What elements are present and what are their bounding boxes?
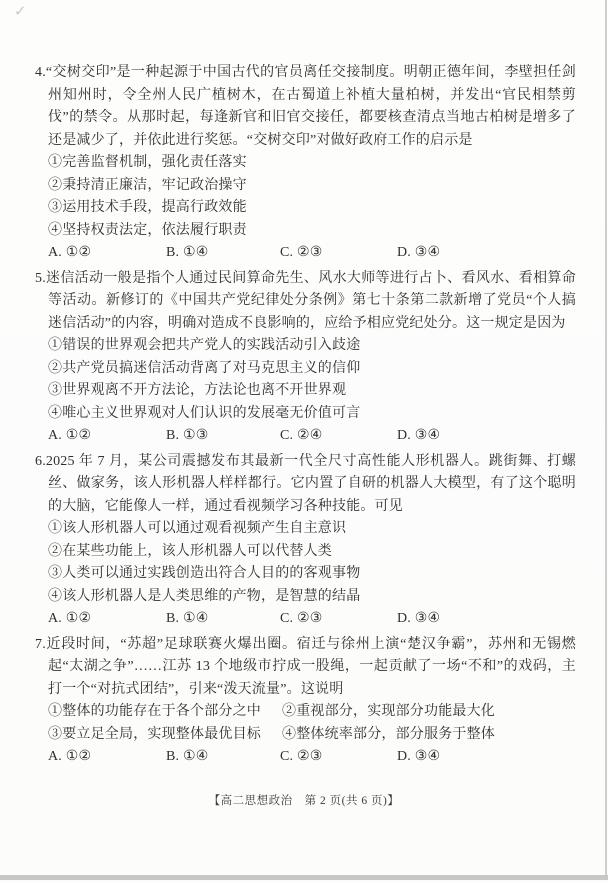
- option-item-4: ④整体统率部分，部分服务于整体: [282, 724, 576, 747]
- grader-checkmark-annotation: ✓: [14, 2, 27, 20]
- choice-b: B. ①④: [166, 608, 280, 631]
- option-item-4: ④该人形机器人是人类思维的产物，是智慧的结晶: [48, 586, 576, 609]
- option-item-3: ③要立足全局，实现整体最优目标: [48, 724, 282, 747]
- question-stem-text: “交树交印”是一种起源于中国古代的官员离任交接制度。明朝正德年间，李壁担任剑州知…: [46, 65, 576, 148]
- choice-d: D. ③④: [397, 608, 576, 631]
- question-stem-text: 2025 年 7 月，某公司震撼发布其最新一代全尺寸高性能人形机器人。跳街舞、打…: [46, 454, 576, 514]
- scan-edge-bottom: [0, 875, 608, 880]
- question-6: 6.2025 年 7 月，某公司震撼发布其最新一代全尺寸高性能人形机器人。跳街舞…: [35, 451, 576, 631]
- question-4: 4.“交树交印”是一种起源于中国古代的官员离任交接制度。明朝正德年间，李壁担任剑…: [35, 62, 576, 265]
- question-number: 5.: [35, 271, 46, 286]
- question-stem: 6.2025 年 7 月，某公司震撼发布其最新一代全尺寸高性能人形机器人。跳街舞…: [35, 451, 576, 519]
- question-stem: 4.“交树交印”是一种起源于中国古代的官员离任交接制度。明朝正德年间，李壁担任剑…: [35, 62, 576, 152]
- question-number: 4.: [35, 65, 46, 80]
- option-item-4: ④坚持权责法定，依法履行职责: [48, 220, 576, 243]
- option-item-2: ②共产党员搞迷信活动背离了对马克思主义的信仰: [48, 358, 576, 381]
- page-footer: 【高二思想政治 第 2 页(共 6 页)】: [0, 792, 608, 808]
- choice-d: D. ③④: [397, 425, 576, 448]
- question-5: 5.迷信活动一般是指个人通过民间算命先生、风水大师等进行占卜、看风水、看相算命等…: [35, 268, 576, 448]
- option-item-2: ②在某些功能上，该人形机器人可以代替人类: [48, 541, 576, 564]
- option-item-3: ③人类可以通过实践创造出符合人目的的客观事物: [48, 563, 576, 586]
- question-number: 6.: [35, 454, 46, 469]
- option-item-1: ①整体的功能存在于各个部分之中: [48, 701, 282, 724]
- question-stem: 7.近段时间，“苏超”足球联赛火爆出圈。宿迁与徐州上演“楚汉争霸”，苏州和无锡燃…: [35, 634, 576, 702]
- choice-c: C. ②③: [280, 242, 397, 265]
- choice-row: A. ①② B. ①④ C. ②③ D. ③④: [35, 746, 576, 769]
- option-list: ①整体的功能存在于各个部分之中 ②重视部分，实现部分功能最大化 ③要立足全局，实…: [35, 701, 576, 746]
- choice-d: D. ③④: [397, 242, 576, 265]
- exam-page: ✓ 4.“交树交印”是一种起源于中国古代的官员离任交接制度。明朝正德年间，李壁担…: [0, 0, 608, 883]
- choice-c: C. ②④: [280, 425, 397, 448]
- question-stem-text: 近段时间，“苏超”足球联赛火爆出圈。宿迁与徐州上演“楚汉争霸”，苏州和无锡燃起“…: [46, 637, 576, 697]
- option-item-3: ③运用技术手段，提高行政效能: [48, 197, 576, 220]
- choice-a: A. ①②: [48, 608, 166, 631]
- option-item-3: ③世界观离不开方法论，方法论也离不开世界观: [48, 380, 576, 403]
- question-stem: 5.迷信活动一般是指个人通过民间算命先生、风水大师等进行占卜、看风水、看相算命等…: [35, 268, 576, 336]
- choice-d: D. ③④: [397, 746, 576, 769]
- question-stem-text: 迷信活动一般是指个人通过民间算命先生、风水大师等进行占卜、看风水、看相算命等活动…: [46, 271, 576, 331]
- option-item-2: ②秉持清正廉洁，牢记政治操守: [48, 175, 576, 198]
- option-item-4: ④唯心主义世界观对人们认识的发展毫无价值可言: [48, 403, 576, 426]
- choice-a: A. ①②: [48, 746, 166, 769]
- choice-b: B. ①③: [166, 425, 280, 448]
- option-list: ①错误的世界观会把共产党人的实践活动引入歧途 ②共产党员搞迷信活动背离了对马克思…: [35, 335, 576, 425]
- option-item-1: ①错误的世界观会把共产党人的实践活动引入歧途: [48, 335, 576, 358]
- choice-a: A. ①②: [48, 242, 166, 265]
- option-list: ①完善监督机制，强化责任落实 ②秉持清正廉洁，牢记政治操守 ③运用技术手段，提高…: [35, 152, 576, 242]
- choice-c: C. ②③: [280, 608, 397, 631]
- choice-row: A. ①② B. ①④ C. ②③ D. ③④: [35, 608, 576, 631]
- question-7: 7.近段时间，“苏超”足球联赛火爆出圈。宿迁与徐州上演“楚汉争霸”，苏州和无锡燃…: [35, 634, 576, 769]
- choice-a: A. ①②: [48, 425, 166, 448]
- choice-b: B. ①④: [166, 746, 280, 769]
- option-list: ①该人形机器人可以通过观看视频产生自主意识 ②在某些功能上，该人形机器人可以代替…: [35, 518, 576, 608]
- choice-b: B. ①④: [166, 242, 280, 265]
- option-item-1: ①完善监督机制，强化责任落实: [48, 152, 576, 175]
- exam-content: 4.“交树交印”是一种起源于中国古代的官员离任交接制度。明朝正德年间，李壁担任剑…: [35, 62, 576, 772]
- option-item-2: ②重视部分，实现部分功能最大化: [282, 701, 576, 724]
- question-number: 7.: [35, 637, 46, 652]
- scan-edge-right: [605, 0, 607, 877]
- choice-c: C. ②③: [280, 746, 397, 769]
- choice-row: A. ①② B. ①③ C. ②④ D. ③④: [35, 425, 576, 448]
- option-item-1: ①该人形机器人可以通过观看视频产生自主意识: [48, 518, 576, 541]
- choice-row: A. ①② B. ①④ C. ②③ D. ③④: [35, 242, 576, 265]
